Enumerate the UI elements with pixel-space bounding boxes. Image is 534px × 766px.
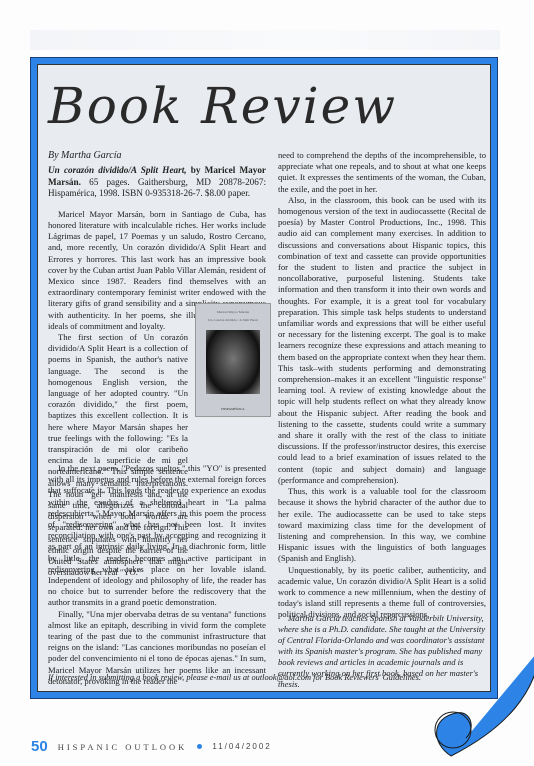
page-number: 50	[31, 738, 48, 755]
cover-publisher: HISPAMÉRICA	[196, 407, 270, 411]
cover-author: Maricel Mayor Marsán	[196, 310, 270, 314]
page-title: Book Review	[48, 77, 397, 135]
cover-title: Un corazón dividido / A Split Heart	[196, 318, 270, 322]
submission-note: If interested in submitting a book revie…	[48, 673, 421, 682]
paragraph: Thus, this work is a valuable tool for t…	[278, 486, 486, 564]
paragraph: need to comprehend the depths of the inc…	[278, 150, 486, 195]
right-column: need to comprehend the depths of the inc…	[278, 150, 486, 621]
magazine-name: HISPANIC OUTLOOK	[58, 742, 188, 752]
book-cover-image: Maricel Mayor Marsán Un corazón dividido…	[195, 303, 271, 417]
page-curl-icon	[421, 648, 534, 758]
page-footer: 50 HISPANIC OUTLOOK 11/04/2002	[31, 738, 272, 755]
book-title: Un corazón dividido/A Split Heart,	[48, 165, 187, 175]
bullet-dot-icon	[197, 744, 202, 749]
byline: By Martha García	[48, 150, 266, 161]
left-column-continued: In the next poem, "Pedazos sueltos," thi…	[48, 463, 266, 687]
faded-header-bleed	[30, 30, 500, 50]
book-review-frame: Book Review By Martha García Un corazón …	[30, 57, 498, 699]
paragraph: Also, in the classroom, this book can be…	[278, 195, 486, 486]
review-panel: Book Review By Martha García Un corazón …	[37, 64, 491, 692]
issue-date: 11/04/2002	[212, 742, 271, 751]
book-details: 65 pages. Gaithersburg, MD 20878-2067: H…	[48, 177, 266, 199]
cover-artwork	[206, 330, 260, 394]
paragraph: In the next poem, "Pedazos sueltos," thi…	[48, 463, 266, 609]
book-citation: Un corazón dividido/A Split Heart, by Ma…	[48, 165, 266, 200]
